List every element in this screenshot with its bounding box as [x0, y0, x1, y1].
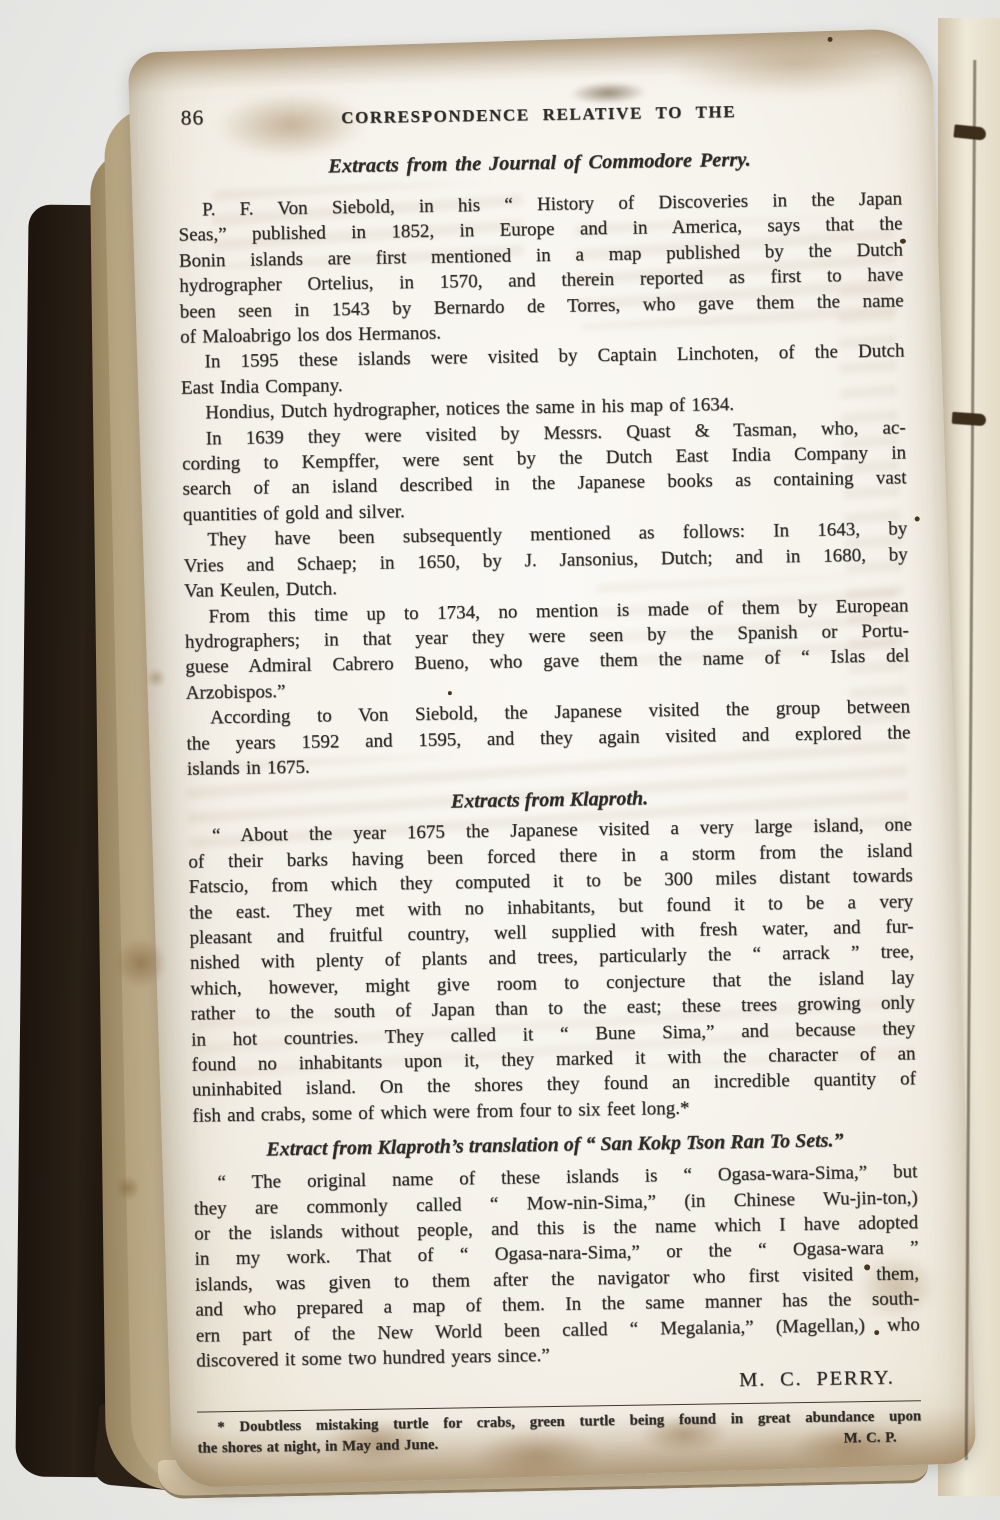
speck: [915, 516, 920, 521]
paragraph-1639-visit: In 1639 they were visited by Messrs. Qua…: [182, 415, 908, 528]
stitch-knot: [952, 412, 987, 426]
footnote-line-2-text: the shores at night, in May and June.: [197, 1435, 438, 1459]
page-number: 86: [181, 105, 205, 130]
paragraph-von-siebold: P. F. Von Siebold, in his “ History of D…: [178, 186, 904, 350]
paragraph-subsequent-mentions: They have been subsequently mentioned as…: [183, 517, 908, 605]
paragraph-island-names: “ The original name of these islands is …: [193, 1159, 920, 1374]
heading-translation-extract: Extract from Klaproth’s translation of “…: [193, 1125, 917, 1164]
foxing-spot: [116, 1176, 140, 1200]
paragraph-1734-mention: From this time up to 1734, no mention is…: [184, 593, 910, 706]
foxing-spot: [116, 938, 166, 988]
foxing-spot: [146, 668, 166, 688]
page-text: 86 CORRESPONDENCE RELATIVE TO THE Extrac…: [176, 90, 921, 1459]
paragraph-klaproth-extract: “ About the year 1675 the Japanese visit…: [188, 813, 917, 1129]
footnote-initials: M. C. P.: [844, 1428, 897, 1449]
heading-journal-extracts: Extracts from the Journal of Commodore P…: [177, 142, 901, 183]
photo-background: { "colors": { "photo-bg": "#ebebe9", "pa…: [0, 0, 1000, 1520]
paragraph-japanese-visits: According to Von Siebold, the Japanese v…: [186, 694, 911, 782]
